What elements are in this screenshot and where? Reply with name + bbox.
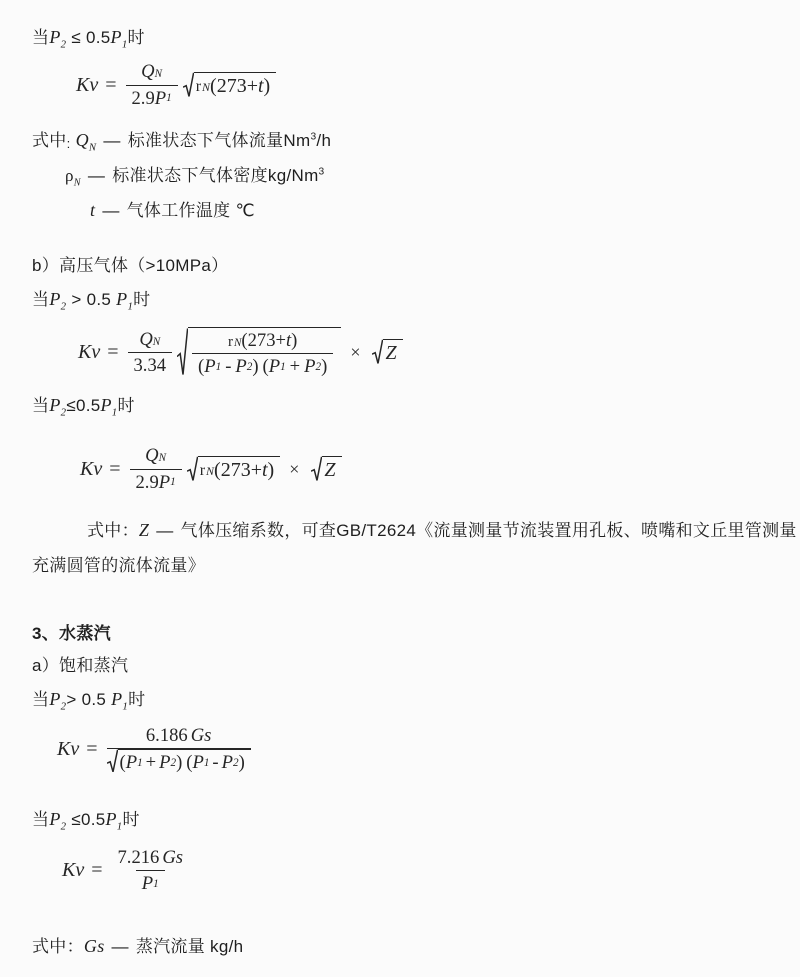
variable: Q bbox=[141, 61, 154, 82]
paren: ) bbox=[268, 459, 275, 482]
em-dash: — bbox=[81, 166, 112, 185]
fraction: rN(273+t) (P1-P2)(P1+P2) bbox=[192, 330, 333, 378]
coefficient: 6.186 bbox=[146, 725, 191, 746]
variable: P bbox=[49, 289, 60, 309]
denominator: 3.34 bbox=[128, 352, 173, 376]
heading-high-pressure-gas: b）高压气体（>10MPa） bbox=[32, 255, 800, 277]
plus-sign: + bbox=[286, 356, 305, 377]
minus-sign: - bbox=[209, 752, 221, 773]
variable: P bbox=[204, 356, 215, 377]
variable-gamma: r bbox=[196, 78, 201, 96]
denominator: (P1+P2)(P1-P2) bbox=[107, 748, 251, 773]
var-rho: ρN bbox=[65, 166, 81, 185]
variable: Q bbox=[145, 445, 158, 466]
minus-sign: - bbox=[221, 356, 235, 377]
coefficient: 2.9 bbox=[132, 88, 155, 109]
definition-z-line1: 式中：Z—气体压缩系数，可查GB/T2624《流量测量节流装置用孔板、喷嘴和文丘… bbox=[87, 519, 800, 542]
square-root-icon bbox=[107, 749, 118, 773]
condition-steam-hi: 当P2> 0.5 P1时 bbox=[32, 688, 800, 711]
var-p2: P2 bbox=[49, 289, 66, 309]
em-dash: — bbox=[96, 131, 127, 150]
condition-highgas-hi: 当P2 > 0.5 P1时 bbox=[32, 288, 800, 311]
variable-z: Z bbox=[385, 342, 396, 365]
fraction: QN 2.9P1 bbox=[126, 61, 178, 109]
em-dash: — bbox=[149, 521, 180, 540]
formula-steam-lo: Kv = 7.216Gs P1 bbox=[62, 847, 800, 895]
var-p1: P1 bbox=[106, 809, 123, 829]
radicand: rN(273+t) bbox=[198, 456, 281, 482]
definition-z-line2: 充满圆管的流体流量》 bbox=[32, 555, 800, 577]
text-run: 标准状态下气体密度kg/Nm bbox=[112, 166, 318, 185]
equals-sign: = bbox=[91, 859, 102, 882]
square-root: (P1+P2)(P1-P2) bbox=[107, 749, 251, 773]
paren: ) bbox=[291, 330, 297, 351]
definition-t: t—气体工作温度 ℃ bbox=[90, 199, 800, 222]
radicand: Z bbox=[383, 339, 402, 365]
var-p1: P1 bbox=[116, 289, 133, 309]
text-run: (273+ bbox=[214, 459, 262, 482]
radicand: (P1+P2)(P1-P2) bbox=[118, 749, 251, 773]
variable-gs: Gs bbox=[162, 847, 183, 868]
text-run: 当 bbox=[32, 290, 49, 309]
variable: Q bbox=[76, 130, 89, 150]
variable: P bbox=[269, 356, 280, 377]
equals-sign: = bbox=[86, 738, 97, 761]
formula-steam-hi: Kv = 6.186Gs (P1+P2)(P1-P2) bbox=[57, 725, 800, 774]
var-p1: P1 bbox=[111, 27, 128, 47]
heading-saturated-steam: a）饱和蒸汽 bbox=[32, 655, 800, 677]
fraction: QN 3.34 bbox=[128, 329, 173, 377]
equals-sign: = bbox=[105, 74, 116, 97]
colon: : bbox=[67, 136, 71, 151]
multiply-sign: × bbox=[350, 342, 360, 363]
variable-kv: Kv bbox=[78, 341, 100, 364]
superscript: 3 bbox=[319, 166, 325, 177]
text-run: 当 bbox=[32, 690, 49, 709]
denominator: 2.9P1 bbox=[130, 469, 182, 493]
variable: P bbox=[222, 752, 233, 773]
var-p2: P2 bbox=[49, 395, 66, 415]
denominator: (P1-P2)(P1+P2) bbox=[192, 353, 333, 377]
text-run: 标准状态下气体流量Nm bbox=[128, 131, 311, 150]
radicand: rN(273+t) bbox=[194, 72, 277, 98]
variable: ρ bbox=[65, 166, 74, 185]
variable: P bbox=[126, 752, 137, 773]
square-root-icon bbox=[187, 456, 198, 482]
text-run: 当 bbox=[32, 396, 49, 415]
square-root: rN(273+t) bbox=[187, 456, 281, 482]
variable: P bbox=[49, 809, 60, 829]
label: 式中： bbox=[87, 521, 139, 540]
square-root-icon bbox=[372, 339, 383, 365]
variable: P bbox=[111, 27, 122, 47]
subscript: N bbox=[74, 177, 81, 188]
fraction: 6.186Gs (P1+P2)(P1-P2) bbox=[107, 725, 251, 774]
variable-kv: Kv bbox=[57, 738, 79, 761]
formula-gas-low: Kv = QN 2.9P1 rN(273+t) bbox=[76, 61, 800, 109]
var-p1: P1 bbox=[100, 395, 117, 415]
text-run: (273+ bbox=[210, 75, 258, 98]
coefficient: 3.34 bbox=[134, 355, 167, 376]
document-page: 当P2 ≤ 0.5P1时 Kv = QN 2.9P1 rN(273+t) 式中:… bbox=[0, 0, 800, 958]
variable-gamma: r bbox=[200, 462, 205, 480]
equals-sign: = bbox=[107, 341, 118, 364]
heading-steam: 3、水蒸汽 bbox=[32, 623, 800, 645]
text-run: 时 bbox=[128, 690, 145, 709]
text-run: (273+ bbox=[241, 330, 286, 351]
var-p2: P2 bbox=[49, 809, 66, 829]
paren: ) bbox=[264, 75, 271, 98]
variable-gs: Gs bbox=[191, 725, 212, 746]
numerator: QN bbox=[133, 329, 166, 352]
variable: P bbox=[49, 27, 60, 47]
operator: > 0.5 bbox=[66, 290, 116, 309]
radicand: rN(273+t) (P1-P2)(P1+P2) bbox=[188, 327, 341, 378]
equals-sign: = bbox=[109, 458, 120, 481]
square-root-icon bbox=[177, 327, 188, 378]
variable-gs: Gs bbox=[84, 936, 105, 956]
variable-z: Z bbox=[139, 520, 149, 540]
operator: ≤ 0.5 bbox=[66, 28, 110, 47]
variable: P bbox=[304, 356, 315, 377]
fraction: 7.216Gs P1 bbox=[112, 847, 190, 895]
operator: > 0.5 bbox=[66, 690, 111, 709]
formula-highgas-hi: Kv = QN 3.34 rN(273+t) (P1-P2)(P1+P2) × … bbox=[78, 327, 800, 378]
variable: P bbox=[49, 395, 60, 415]
em-dash: — bbox=[105, 937, 136, 956]
paren: ( bbox=[182, 752, 192, 773]
variable: Q bbox=[139, 329, 152, 350]
denominator: P1 bbox=[136, 870, 165, 894]
text-run: 当 bbox=[32, 810, 49, 829]
coefficient: 2.9 bbox=[136, 472, 159, 493]
text-run: a）饱和蒸汽 bbox=[32, 656, 128, 675]
variable: P bbox=[235, 356, 246, 377]
variable: P bbox=[106, 809, 117, 829]
square-root: rN(273+t) (P1-P2)(P1+P2) bbox=[177, 327, 341, 378]
var-p2: P2 bbox=[49, 689, 66, 709]
text-run: 时 bbox=[133, 290, 150, 309]
var-p1: P1 bbox=[111, 689, 128, 709]
variable-gamma: r bbox=[228, 334, 233, 351]
operator: ≤0.5 bbox=[66, 396, 100, 415]
var-p2: P2 bbox=[49, 27, 66, 47]
var-qn: QN bbox=[76, 130, 97, 150]
text-run: 当 bbox=[32, 28, 49, 47]
radicand: Z bbox=[322, 456, 341, 482]
definition-gs: 式中：Gs—蒸汽流量 kg/h bbox=[32, 935, 800, 958]
text-run: /h bbox=[316, 131, 331, 150]
square-root: Z bbox=[372, 339, 402, 365]
condition-steam-lo: 当P2 ≤0.5P1时 bbox=[32, 808, 800, 831]
variable: P bbox=[111, 689, 122, 709]
square-root: Z bbox=[311, 456, 341, 482]
multiply-sign: × bbox=[289, 459, 299, 480]
numerator: rN(273+t) bbox=[222, 330, 303, 353]
variable-kv: Kv bbox=[80, 458, 102, 481]
paren: ) bbox=[321, 356, 327, 377]
coefficient: 7.216 bbox=[118, 847, 163, 868]
text-run: 气体压缩系数，可查GB/T2624《流量测量节流装置用孔板、喷嘴和文丘里管测量 bbox=[181, 521, 797, 540]
text-run: 3、水蒸汽 bbox=[32, 624, 111, 643]
text-run: 时 bbox=[117, 396, 134, 415]
text-run: 气体工作温度 ℃ bbox=[127, 201, 255, 220]
text-run: 时 bbox=[123, 810, 140, 829]
formula-highgas-lo: Kv = QN 2.9P1 rN(273+t) × Z bbox=[80, 445, 800, 493]
variable: P bbox=[159, 752, 170, 773]
paren: ( bbox=[259, 356, 269, 377]
em-dash: — bbox=[95, 201, 126, 220]
variable: P bbox=[142, 873, 153, 894]
text-run: b）高压气体（>10MPa） bbox=[32, 256, 228, 275]
plus-sign: + bbox=[143, 752, 160, 773]
condition-highgas-lo: 当P2≤0.5P1时 bbox=[32, 394, 800, 417]
paren: ) bbox=[239, 752, 245, 773]
denominator: 2.9P1 bbox=[126, 85, 178, 109]
variable: P bbox=[155, 88, 166, 109]
numerator: 6.186Gs bbox=[140, 725, 218, 748]
operator: ≤0.5 bbox=[66, 810, 105, 829]
numerator: QN bbox=[135, 61, 168, 84]
numerator: QN bbox=[139, 445, 172, 468]
text-run: 时 bbox=[128, 28, 145, 47]
variable: P bbox=[116, 289, 127, 309]
definition-qn: 式中: QN—标准状态下气体流量Nm3/h bbox=[32, 129, 800, 153]
square-root-icon bbox=[311, 456, 322, 482]
variable: P bbox=[192, 752, 203, 773]
variable-z: Z bbox=[324, 459, 335, 482]
numerator: 7.216Gs bbox=[112, 847, 190, 870]
square-root-icon bbox=[183, 72, 194, 98]
variable-kv: Kv bbox=[62, 859, 84, 882]
variable-kv: Kv bbox=[76, 74, 98, 97]
fraction: QN 2.9P1 bbox=[130, 445, 182, 493]
definition-rho: ρN—标准状态下气体密度kg/Nm3 bbox=[65, 165, 800, 187]
label: 式中： bbox=[32, 937, 84, 956]
text-run: 充满圆管的流体流量》 bbox=[32, 556, 205, 575]
variable: P bbox=[159, 472, 170, 493]
variable: P bbox=[100, 395, 111, 415]
text-run: 蒸汽流量 kg/h bbox=[136, 937, 244, 956]
variable: P bbox=[49, 689, 60, 709]
label: 式中 bbox=[32, 131, 67, 150]
condition-gas-low: 当P2 ≤ 0.5P1时 bbox=[32, 26, 800, 49]
square-root: rN(273+t) bbox=[183, 72, 277, 98]
